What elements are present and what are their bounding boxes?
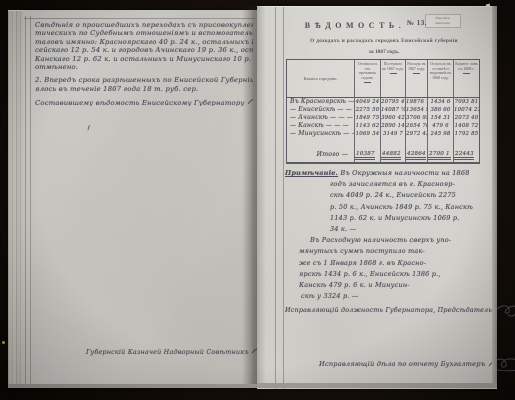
table-spacer: [381, 138, 406, 147]
header-dash: [364, 82, 371, 83]
column-header-income: Поступило въ 1867 году.: [381, 60, 406, 98]
table-spacer: [428, 138, 454, 147]
total-value: 2700 1: [428, 151, 451, 160]
table-cell: 1408 72: [454, 122, 479, 130]
total-cell: 42864 18: [406, 147, 428, 162]
total-value: 42864 18: [406, 151, 426, 162]
right-page-margin-rule-inner: [283, 7, 284, 389]
table-row-city: — Ачинскѣ — — —: [287, 114, 355, 122]
total-value: 44882 54: [381, 151, 401, 162]
document-title: ВѢДОМОСТЬ.: [257, 21, 453, 30]
total-value: 22443 1: [454, 151, 474, 162]
document-subtitle-year: за 1867 годъ.: [281, 49, 487, 55]
table-spacer: [287, 138, 355, 147]
total-cell: 44882 54: [381, 147, 406, 162]
table-cell: 14087 ½: [381, 106, 406, 114]
table-cell: 3960 42: [381, 114, 406, 122]
handwritten-line: тическихъ по Судебнымъ отношеніямъ и всп…: [35, 29, 253, 37]
table-row-city: Въ Красноярскѣ — —: [287, 98, 355, 106]
table-cell: 3706 95: [406, 114, 428, 122]
header-dash: [463, 73, 470, 74]
table-cell: 245 98: [428, 130, 454, 138]
ink-speck: [87, 125, 92, 132]
handwritten-line: Свѣдѣнія о происшедшихъ переходахъ съ пр…: [35, 21, 253, 29]
note-line: годъ зачисляется въ г. Краснояр-: [330, 180, 481, 191]
handwritten-item-line: 2. Впередъ срока разрѣшенныхъ по Енисейс…: [35, 76, 253, 84]
note-line: 1143 р. 62 к. и Минусинскѣ 1069 р.: [330, 214, 481, 225]
right-page-bottom-edge: [257, 383, 497, 388]
table-cell: 2890 14: [381, 122, 406, 130]
note-line: ярскѣ 1434 р. 6 к., Енисейскѣ 1386 р.,: [299, 270, 481, 281]
left-page: Свѣдѣнія о происшедшихъ переходахъ съ пр…: [8, 10, 257, 388]
note-line: 34 к. —: [330, 225, 481, 236]
table-cell: 3149 7: [381, 130, 406, 138]
note-text: Въ Окружныя наличности на 1868: [338, 169, 469, 177]
table-spacer: [454, 138, 479, 147]
table-cell: 1143 62: [355, 122, 381, 130]
handwritten-item-line: ялось въ теченіе 1867 года 18 т. руб. се…: [35, 85, 253, 93]
left-margin-rule-inner: [30, 16, 31, 388]
table-cell: 154 31: [428, 114, 454, 122]
note-line: скѣ у 3324 р. —: [301, 292, 481, 303]
closing-line: Составившему вѣдомость Енисейскому Губер…: [35, 97, 253, 105]
total-row-label: Итого —: [287, 147, 355, 162]
right-bottom-line: Исправляющій дѣла по отчету Бухгалтеръ: [319, 356, 489, 372]
table-row-city: — Енисейскѣ — — —: [287, 106, 355, 114]
note-line: скѣ 4049 р. 24 к., Енисейскѣ 2275: [330, 191, 481, 202]
left-bottom-signature: Губернскій Казначей Надворный Совѣтникъ: [86, 346, 254, 358]
header-dash: [390, 73, 397, 74]
right-bottom-text: Исправляющій дѣла по отчету Бухгалтеръ: [319, 360, 485, 368]
column-header-cities: Какихъ городовъ.: [287, 60, 355, 98]
header-text: Расходъ въ 1867 году.: [407, 61, 425, 71]
table-cell: 2972 43: [406, 130, 428, 138]
document-subtitle: О доходахъ и расходахъ городовъ Енисейск…: [281, 38, 487, 44]
table-cell: 1069 34: [355, 130, 381, 138]
table-cell: 1792 85: [454, 130, 479, 138]
table-cell: 2654 70: [406, 122, 428, 130]
table-cell: 1434 6: [428, 98, 454, 106]
handwritten-line: Канскаго 12 р. 62 к. и остальныхъ и Мину…: [35, 55, 253, 63]
handwritten-line: отмѣнено.: [35, 63, 253, 71]
right-page-margin-rule: [275, 7, 276, 389]
header-text: Поступило въ 1867 году.: [382, 61, 404, 71]
page-edge-stack: [8, 10, 23, 388]
table-cell: 479 6: [428, 122, 454, 130]
left-page-bottom-edge: [8, 384, 257, 388]
table-cell: 2073 40: [454, 114, 479, 122]
note-line: Канскѣ 479 р. 6 к. и Минусин-: [299, 281, 481, 292]
total-cell: 2700 1: [428, 147, 454, 162]
yellow-speck: [2, 341, 5, 344]
note-line: Примѣчаніе. Въ Окружныя наличности на 18…: [285, 169, 481, 180]
closing-line-text: Составившему вѣдомость Енисейскому Губер…: [35, 99, 245, 105]
total-cell: 22443 1: [454, 147, 479, 162]
handwritten-line: сейскаго 12 р. 54 к. и городовъ Ачинскаг…: [35, 46, 253, 54]
column-header-remaining: Оставалось отъ прежнихъ годовъ.: [355, 60, 381, 98]
note-line: мянутыхъ суммъ поступило так-: [299, 247, 481, 258]
table-row-city: — Минусинскѣ — —: [287, 130, 355, 138]
total-cell: 10387 45: [355, 147, 381, 162]
column-header-balance: Осталось въ остаткѣ и недоимкѣ къ 1868 г…: [428, 60, 454, 98]
header-dash: [413, 73, 420, 74]
table-cell: 19876 12: [406, 98, 428, 106]
right-page-edge: [492, 6, 497, 388]
table-spacer: [406, 138, 428, 147]
table-cell: 386 60: [428, 106, 454, 114]
handwritten-line: таловъ имянно: Красноярскаго 40 р. 24 к.…: [35, 38, 253, 46]
table-cell: 7093 81: [454, 98, 479, 106]
note-line: же съ 1 Января 1868 г. въ Красно-: [299, 259, 481, 270]
handwritten-paragraph: Свѣдѣнія о происшедшихъ переходахъ съ пр…: [35, 21, 253, 106]
column-header-expense: Расходъ въ 1867 году.: [406, 60, 428, 98]
header-text: Осталось въ остаткѣ и недоимкѣ къ 1868 г…: [430, 61, 452, 80]
handwritten-note: Примѣчаніе. Въ Окружныя наличности на 18…: [285, 169, 481, 303]
total-value: 10387 45: [355, 151, 375, 162]
right-signature-text: Исправляющій должность Губернатора, Пред…: [285, 306, 492, 314]
signature-flourish-icon: [494, 303, 515, 317]
header-text: Оставалось отъ прежнихъ годовъ.: [358, 61, 378, 80]
column-header-capital: Капита- ловъ къ 1868 г.: [454, 60, 479, 98]
left-bottom-signature-text: Губернскій Казначей Надворный Совѣтникъ: [86, 348, 249, 356]
top-rule-line: [24, 18, 255, 19]
right-signature-line: Исправляющій должность Губернатора, Пред…: [285, 303, 485, 317]
table-cell: 10074 23: [454, 106, 479, 114]
table-cell: 4049 24: [355, 98, 381, 106]
right-page: Енисейск. Канцеляр. № 13. ВѢДОМОСТЬ. О д…: [257, 6, 497, 389]
signature-flourish-icon: [247, 97, 253, 105]
ledger-table: Какихъ городовъ. Оставалось отъ прежнихъ…: [286, 59, 480, 164]
table-cell: 20795 41: [381, 98, 406, 106]
table-cell: 1849 75: [355, 114, 381, 122]
left-margin-rule: [25, 16, 26, 388]
note-line: р. 50 к., Ачинскѣ 1849 р. 75 к., Канскѣ: [330, 203, 481, 214]
table-row-city: — Канскѣ — — —: [287, 122, 355, 130]
table-cell: 2275 50: [355, 106, 381, 114]
header-text: Капита- ловъ къ 1868 г.: [455, 61, 477, 71]
note-line: Въ Расходную наличность сверхъ упо-: [310, 236, 481, 247]
note-keyword: Примѣчаніе.: [285, 169, 338, 177]
table-cell: 13654 98: [406, 106, 428, 114]
table-spacer: [355, 138, 381, 147]
